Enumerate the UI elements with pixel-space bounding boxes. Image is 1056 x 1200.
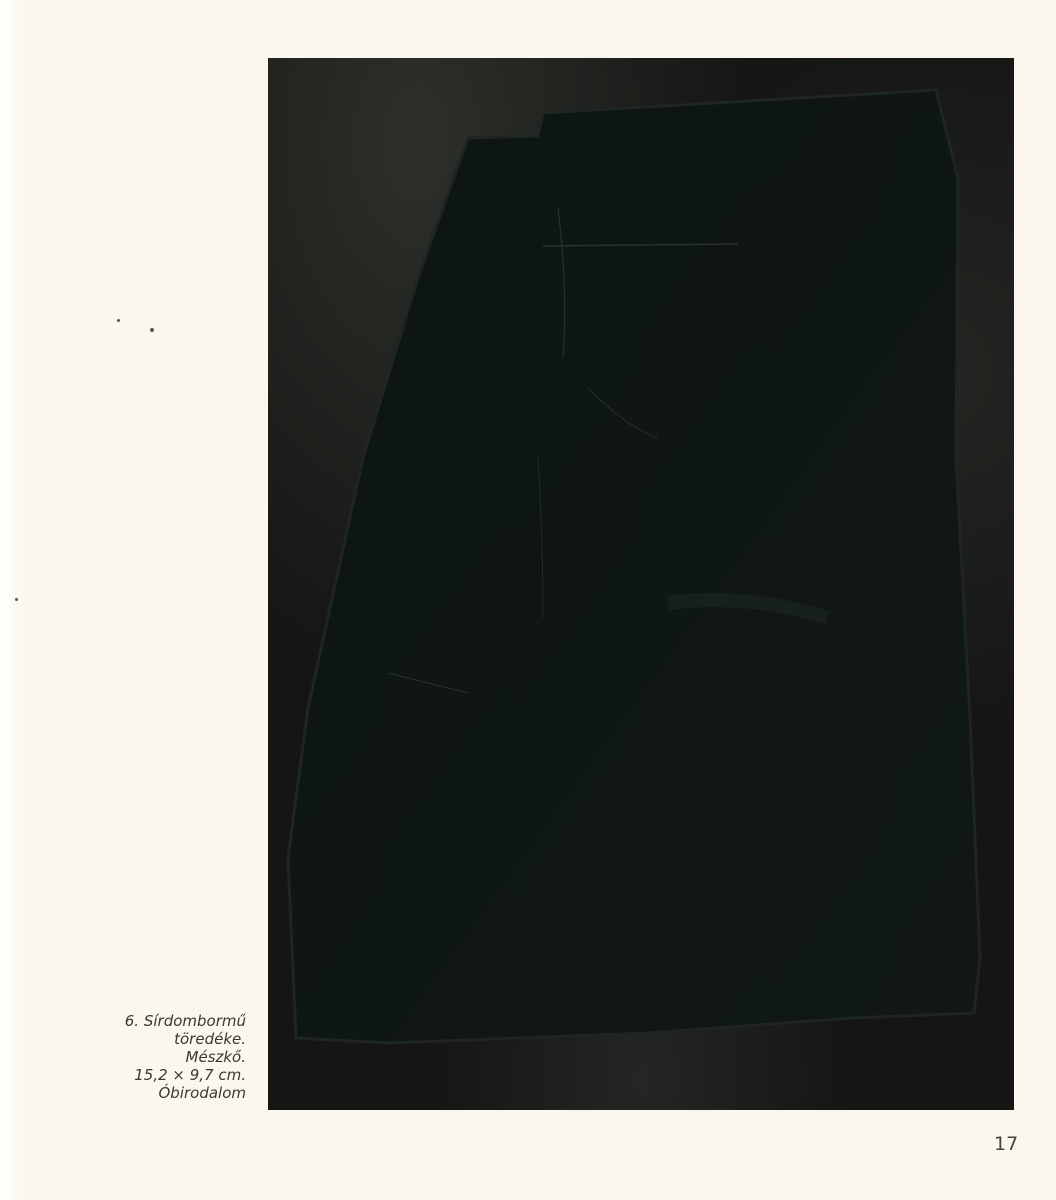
caption-period: Óbirodalom: [125, 1084, 246, 1102]
stone-fragment-shape: [268, 58, 1014, 1110]
paper-speck: [117, 319, 120, 322]
caption-material: Mészkő.: [125, 1048, 246, 1066]
page-number: 17: [994, 1133, 1018, 1155]
caption-subtitle: töredéke.: [125, 1030, 246, 1048]
paper-speck: [15, 598, 18, 601]
caption-dimensions: 15,2 × 9,7 cm.: [125, 1066, 246, 1084]
figure-photograph: [268, 58, 1014, 1110]
page-edge: [0, 0, 24, 1200]
paper-speck: [150, 328, 154, 332]
figure-caption: 6. Sírdombormű töredéke. Mészkő. 15,2 × …: [125, 1012, 246, 1102]
caption-title: 6. Sírdombormű: [125, 1012, 246, 1030]
